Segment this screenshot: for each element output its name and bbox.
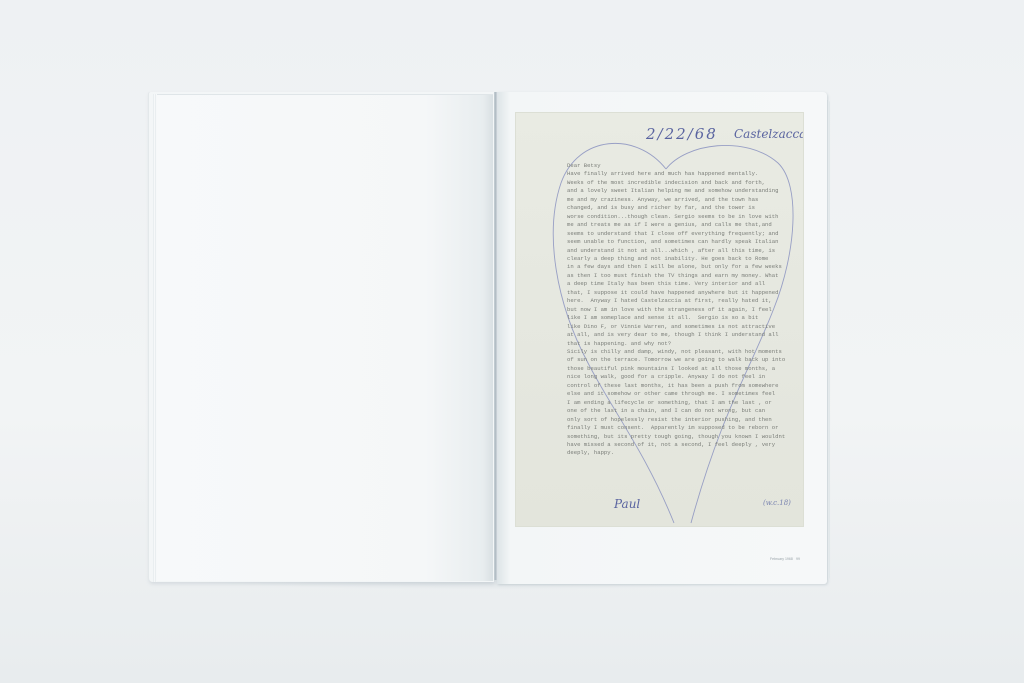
page-number: 99 bbox=[796, 557, 800, 561]
letter-line: like Dino F, or Vinnie Warren, and somet… bbox=[567, 323, 799, 331]
letter-line: worse condition...though clean. Sergio s… bbox=[567, 213, 799, 221]
letter-line: only sort of hopelessly resist the inter… bbox=[567, 416, 799, 424]
letter-line: that, I suppose it could have happened a… bbox=[567, 289, 799, 297]
page-footer-title: February 1968 bbox=[770, 557, 793, 561]
letter-line: and understand it not at all...which , a… bbox=[567, 247, 799, 255]
letter-line: Dear Betsy bbox=[567, 162, 799, 170]
letter-line: clearly a deep thing and not inability. … bbox=[567, 255, 799, 263]
letter-line: a deep time Italy has been this time. Ve… bbox=[567, 280, 799, 288]
letter-line: but now I am in love with the strangenes… bbox=[567, 306, 799, 314]
letter-line: else and it somehow or other came throug… bbox=[567, 390, 799, 398]
letter-line: in a few days and then I will be alone, … bbox=[567, 263, 799, 271]
letter-line: deeply, happy. bbox=[567, 449, 799, 457]
letter-line: here. Anyway I hated Castelzaccia at fir… bbox=[567, 297, 799, 305]
letter-line: changed, and is busy and richer by far, … bbox=[567, 204, 799, 212]
letter-line: that is happening. and why not? bbox=[567, 340, 799, 348]
margin-note: (w.c.18) bbox=[763, 499, 791, 507]
letter-line: seem unable to function, and sometimes c… bbox=[567, 238, 799, 246]
letter-line: one of the last in a chain, and I can do… bbox=[567, 407, 799, 415]
handwritten-place: Castelzacca bbox=[734, 127, 803, 141]
handwritten-date: 2/22/68 bbox=[646, 125, 718, 143]
letter-line: of sun on the terrace. Tomorrow we are g… bbox=[567, 356, 799, 364]
letter-reproduction: 2/22/68 Castelzacca Dear BetsyHave final… bbox=[516, 113, 803, 526]
letter-line: Have finally arrived here and much has h… bbox=[567, 170, 799, 178]
letter-line: those beautiful pink mountains I looked … bbox=[567, 365, 799, 373]
letter-line: like I am someplace and sense it all. Se… bbox=[567, 314, 799, 322]
left-page-blank bbox=[157, 94, 493, 581]
letter-line: Weeks of the most incredible indecision … bbox=[567, 179, 799, 187]
letter-line: Sicily is chilly and damp, windy, not pl… bbox=[567, 348, 799, 356]
typed-letter-body: Dear BetsyHave finally arrived here and … bbox=[567, 162, 799, 458]
letter-line: I am ending a lifecycle or something, th… bbox=[567, 399, 799, 407]
letter-line: control of these last months, it has bee… bbox=[567, 382, 799, 390]
letter-line: seems to understand that I close off eve… bbox=[567, 230, 799, 238]
letter-line: nice long walk, good for a cripple. Anyw… bbox=[567, 373, 799, 381]
letter-line: me and treats me as if I were a genius, … bbox=[567, 221, 799, 229]
letter-line: have missed a second of it, not a second… bbox=[567, 441, 799, 449]
letter-line: at all, and is very dear to me, though I… bbox=[567, 331, 799, 339]
signature: Paul bbox=[614, 497, 640, 511]
letter-line: me and my craziness. Anyway, we arrived,… bbox=[567, 196, 799, 204]
letter-line: finally I must consent. Apparently im su… bbox=[567, 424, 799, 432]
letter-line: as then I too must finish the TV things … bbox=[567, 272, 799, 280]
book-gutter bbox=[494, 92, 497, 580]
letter-line: and a lovely sweet Italian helping me an… bbox=[567, 187, 799, 195]
letter-line: something, but its pretty tough going, t… bbox=[567, 433, 799, 441]
